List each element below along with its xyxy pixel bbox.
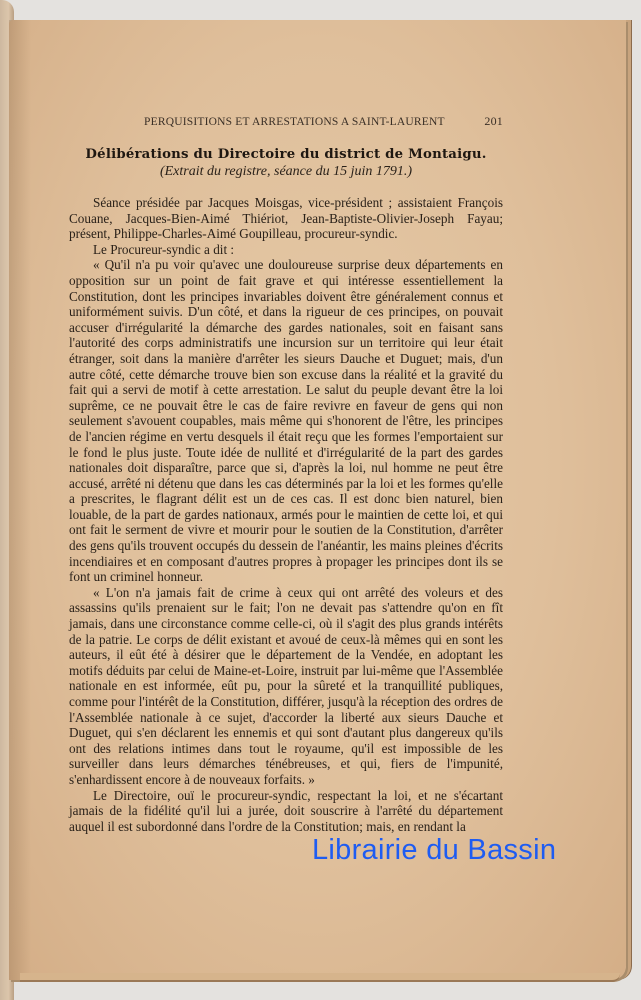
paragraph: « L'on n'a jamais fait de crime à ceux q…	[69, 585, 503, 788]
section-subtitle: (Extrait du registre, séance du 15 juin …	[69, 164, 503, 180]
running-head: PERQUISITIONS ET ARRESTATIONS A SAINT-LA…	[69, 114, 503, 134]
page-text-block: PERQUISITIONS ET ARRESTATIONS A SAINT-LA…	[69, 114, 503, 834]
page-number: 201	[484, 114, 503, 129]
paragraph: « Qu'il n'a pu voir qu'avec une douloure…	[69, 257, 503, 584]
body-text: Séance présidée par Jacques Moisgas, vic…	[69, 195, 503, 834]
paragraph: Le Procureur-syndic a dit :	[69, 242, 503, 258]
paragraph: Le Directoire, ouï le procureur-syndic, …	[69, 788, 503, 835]
paragraph: Séance présidée par Jacques Moisgas, vic…	[69, 195, 503, 242]
running-title: PERQUISITIONS ET ARRESTATIONS A SAINT-LA…	[144, 116, 445, 128]
page-bottom-edge	[20, 973, 620, 982]
watermark: Librairie du Bassin	[312, 834, 556, 867]
section-title: Délibérations du Directoire du district …	[69, 147, 503, 162]
